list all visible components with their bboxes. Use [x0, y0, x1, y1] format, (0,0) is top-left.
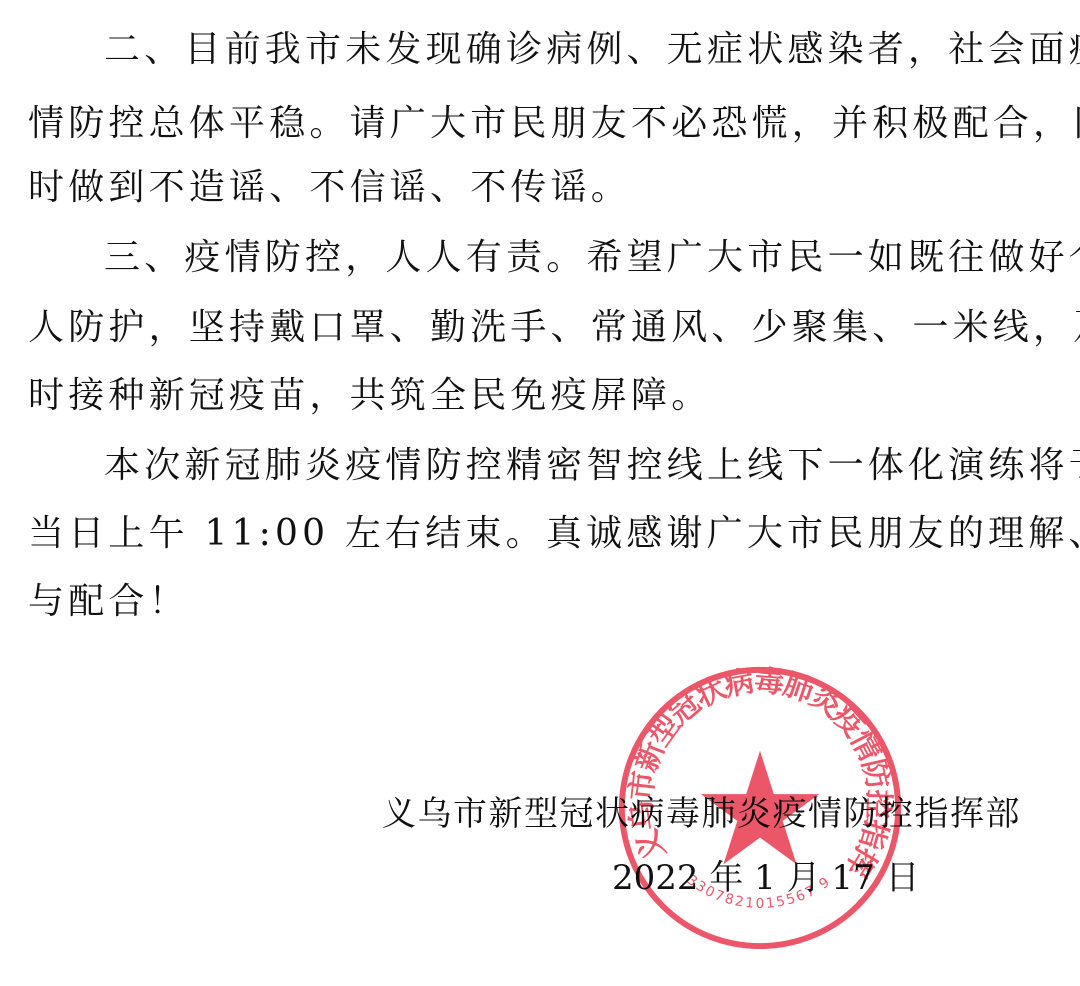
paragraph-4-line-3: 与配合！ [28, 580, 189, 624]
svg-text:3307821015567 9: 3307821015567 9 [684, 872, 835, 912]
seal-code: 3307821015567 9 [684, 872, 835, 912]
paragraph-3-line-3: 时接种新冠疫苗，共筑全民免疫屏障。 [28, 374, 711, 418]
paragraph-2-line-1: 二、目前我市未发现确诊病例、无症状感染者，社会面疫 [104, 28, 1080, 72]
paragraph-4-line-2: 当日上午 11:00 左右结束。真诚感谢广大市民朋友的理解、支持 [28, 512, 1080, 556]
star-icon [701, 751, 819, 864]
paragraph-3-line-1: 三、疫情防控，人人有责。希望广大市民一如既往做好个 [104, 236, 1080, 280]
paragraph-4-line-1: 本次新冠肺炎疫情防控精密智控线上线下一体化演练将于 [104, 444, 1080, 488]
paragraph-3-line-2: 人防护，坚持戴口罩、勤洗手、常通风、少聚集、一米线，及 [28, 306, 1080, 350]
paragraph-2-line-3: 时做到不造谣、不信谣、不传谣。 [28, 166, 631, 210]
official-seal-stamp: 义乌市新型冠状病毒肺炎疫情防控指挥部 3307821015567 9 [612, 660, 908, 956]
paragraph-2-line-2: 情防控总体平稳。请广大市民朋友不必恐慌，并积极配合，同 [28, 102, 1080, 146]
